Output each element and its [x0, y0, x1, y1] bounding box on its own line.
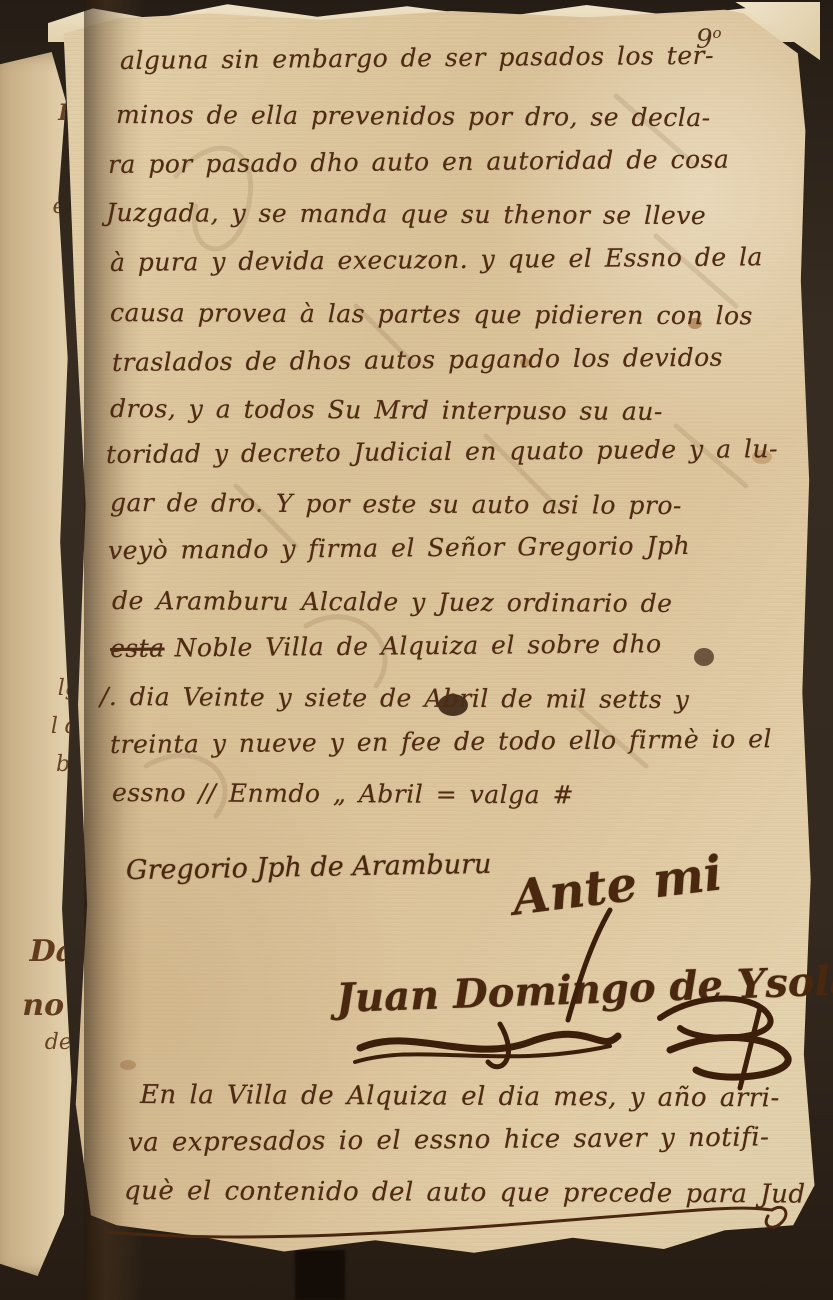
body-line: traslados de dhos autos pagando los devi… — [112, 343, 723, 377]
manuscript-photo: u. Do ez es f va To di lga l de bet 7 E … — [0, 0, 833, 1300]
body-line: estaNoble Villa de Alquiza el sobre dho — [110, 629, 662, 663]
body-line: /. dia Veinte y siete de Abril de mil se… — [100, 682, 689, 714]
signature-ante-mi: Ante mi — [509, 845, 725, 926]
body-line: minos de ella prevenidos por dro, se dec… — [116, 100, 711, 132]
body-line: toridad y decreto Judicial en quato pued… — [106, 434, 778, 469]
rubric-flourish-left — [350, 1018, 630, 1078]
struck-word: esta — [110, 634, 165, 663]
body-line: essno // Enmdo „ Abril = valga # — [112, 778, 574, 809]
text-layer: alguna sin embargo de ser pasados los te… — [0, 0, 833, 1300]
notification-line: què el contenido del auto que precede pa… — [124, 1176, 806, 1210]
body-line: Juzgada, y se manda que su thenor se lle… — [106, 198, 706, 230]
body-line-text: Noble Villa de Alquiza el sobre dho — [174, 629, 661, 662]
signature-alcalde: Gregorio Jph de Aramburu — [126, 849, 492, 886]
body-line: de Aramburu Alcalde y Juez ordinario de — [112, 586, 673, 618]
notification-line: va expresados io el essno hice saver y n… — [128, 1122, 770, 1158]
body-line: dros, y a todos Su Mrd interpuso su au- — [110, 394, 663, 426]
notification-line: En la Villa de Alquiza el dia mes, y año… — [140, 1080, 780, 1113]
body-line: treinta y nueve y en fee de todo ello fi… — [110, 724, 772, 759]
body-line: à pura y devida execuzon. y que el Essno… — [110, 242, 763, 277]
body-line: causa provea à las partes que pidieren c… — [110, 298, 753, 330]
signature-escribano: Juan Domingo de Ysola — [335, 957, 833, 1022]
body-line: ra por pasado dho auto en autoridad de c… — [108, 145, 730, 179]
body-line: alguna sin embargo de ser pasados los te… — [120, 41, 714, 75]
body-line: veyò mando y firma el Señor Gregorio Jph — [108, 531, 690, 565]
body-line: gar de dro. Y por este su auto asi lo pr… — [110, 488, 682, 520]
